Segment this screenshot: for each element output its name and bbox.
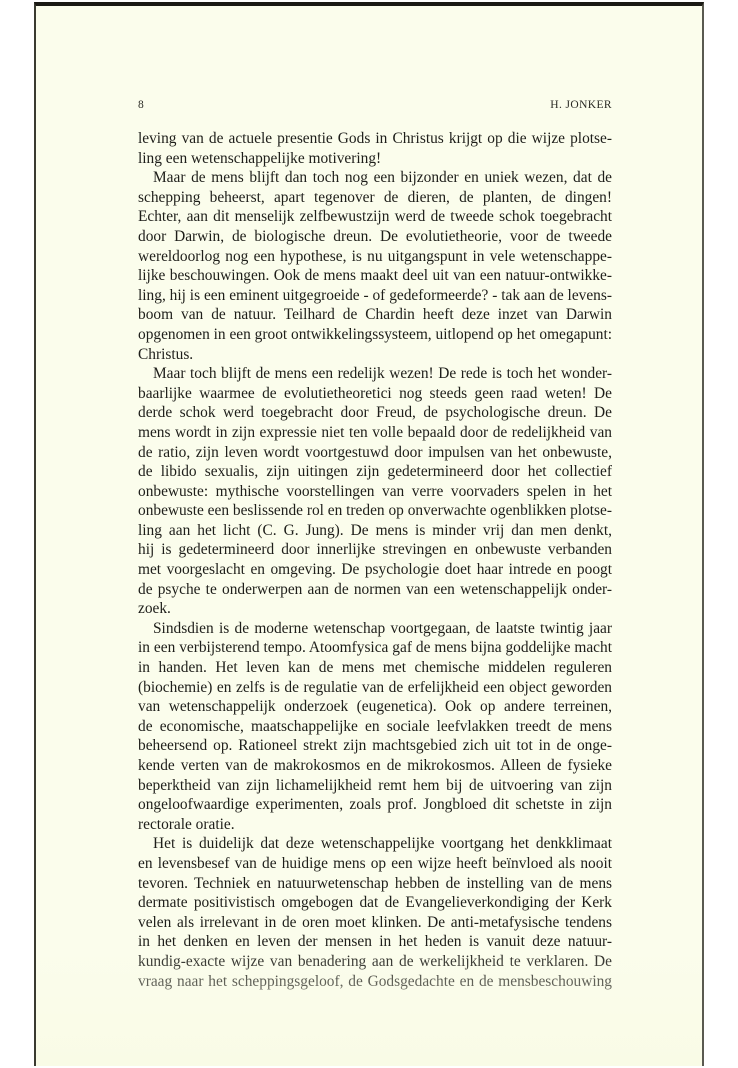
text-line: Maar de mens blijft dan toch nog een bij… <box>138 168 612 188</box>
text-line: wereldoorlog nog een hypothese, is nu ui… <box>138 247 612 267</box>
text-line: Maar toch blijft de mens een redelijk we… <box>138 364 612 384</box>
text-line: met voorgeslacht en omgeving. De psychol… <box>138 560 612 580</box>
book-page: 8 H. JONKER leving van de actuele presen… <box>34 2 704 1066</box>
text-line: de libido sexualis, zijn uitingen zijn g… <box>138 462 612 482</box>
text-line: leving van de actuele presentie Gods in … <box>138 129 612 149</box>
text-line: mens wordt in zijn expressie niet ten vo… <box>138 423 612 443</box>
text-line: in het denken en leven der mensen in het… <box>138 932 612 952</box>
running-head: 8 H. JONKER <box>138 99 612 115</box>
page-number: 8 <box>138 99 144 111</box>
text-line: onbewuste een beslissende rol en treden … <box>138 501 612 521</box>
text-line: door Darwin, de biologische dreun. De ev… <box>138 227 612 247</box>
paragraph-5: Het is duidelijk dat deze wetenschappeli… <box>138 834 612 991</box>
text-line: velen als irrelevant in de oren moet kli… <box>138 913 612 933</box>
text-line: en levensbesef van de huidige mens op ee… <box>138 854 612 874</box>
text-line: Echter, aan dit menselijk zelfbewustzijn… <box>138 207 612 227</box>
text-line: baarlijke waarmee de evolutietheoretici … <box>138 384 612 404</box>
text-line: kende verten van de makrokosmos en de mi… <box>138 756 612 776</box>
text-line: ongeloofwaardige experimenten, zoals pro… <box>138 795 612 815</box>
text-line: dermate positivistisch omgebogen dat de … <box>138 893 612 913</box>
text-line: de economische, maatschappelijke en soci… <box>138 717 612 737</box>
text-line: (biochemie) en zelfs is de regulatie van… <box>138 678 612 698</box>
text-line: Het is duidelijk dat deze wetenschappeli… <box>138 834 612 854</box>
text-line: de ratio, zijn leven wordt voortgestuwd … <box>138 443 612 463</box>
text-line: lijke beschouwingen. Ook de mens maakt d… <box>138 266 612 286</box>
paragraph-3: Maar toch blijft de mens een redelijk we… <box>138 364 612 619</box>
text-line: ling, hij is een eminent uitgegroeide - … <box>138 286 612 306</box>
text-line: kundig-exacte wijze van benadering aan d… <box>138 952 612 972</box>
paragraph-2: Maar de mens blijft dan toch nog een bij… <box>138 168 612 364</box>
text-line: schepping beheerst, apart tegenover de d… <box>138 188 612 208</box>
text-line: Sindsdien is de moderne wetenschap voort… <box>138 619 612 639</box>
text-line: beheersend op. Rationeel strekt zijn mac… <box>138 736 612 756</box>
text-line: ling aan het licht (C. G. Jung). De mens… <box>138 521 612 541</box>
paragraph-4: Sindsdien is de moderne wetenschap voort… <box>138 619 612 835</box>
text-line: rectorale oratie. <box>138 815 612 835</box>
text-line: Christus. <box>138 345 612 365</box>
text-line: de psyche te onderwerpen aan de normen v… <box>138 580 612 600</box>
text-line: beperktheid van zijn lichamelijkheid rem… <box>138 776 612 796</box>
text-line: tevoren. Techniek en natuurwetenschap he… <box>138 874 612 894</box>
running-head-author: H. JONKER <box>550 99 612 111</box>
paragraph-1: leving van de actuele presentie Gods in … <box>138 129 612 168</box>
text-line: hij is gedetermineerd door innerlijke st… <box>138 540 612 560</box>
text-line: boom van de natuur. Teilhard de Chardin … <box>138 305 612 325</box>
text-line: ling een wetenschappelijke motivering! <box>138 149 612 169</box>
body-text: leving van de actuele presentie Gods in … <box>138 129 612 991</box>
text-line: onbewuste: mythische voorstellingen van … <box>138 482 612 502</box>
text-line: opgenomen in een groot ontwikkelingssyst… <box>138 325 612 345</box>
text-line: in een verbijsterend tempo. Atoomfysica … <box>138 638 612 658</box>
text-line: van wetenschappelijk onderzoek (eugeneti… <box>138 697 612 717</box>
text-line: derde schok werd toegebracht door Freud,… <box>138 403 612 423</box>
text-line: vraag naar het scheppingsgeloof, de Gods… <box>138 972 612 992</box>
text-line: zoek. <box>138 599 612 619</box>
text-line: in handen. Het leven kan de mens met che… <box>138 658 612 678</box>
